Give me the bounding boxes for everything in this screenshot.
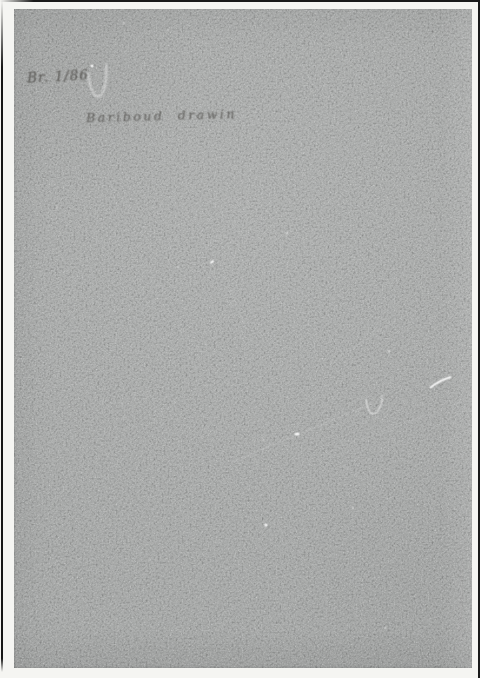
handwritten-annotation-line1: Br. 1/86 (27, 67, 90, 86)
scanned-page: Br. 1/86 Bariboud drawin (0, 0, 480, 678)
scan-frame-edge-top (0, 0, 480, 2)
scan-frame-edge-left (1, 0, 3, 672)
mottle-overlay (14, 9, 472, 668)
photo-verso: Br. 1/86 Bariboud drawin (14, 9, 472, 668)
dust-and-scratches (14, 9, 472, 668)
